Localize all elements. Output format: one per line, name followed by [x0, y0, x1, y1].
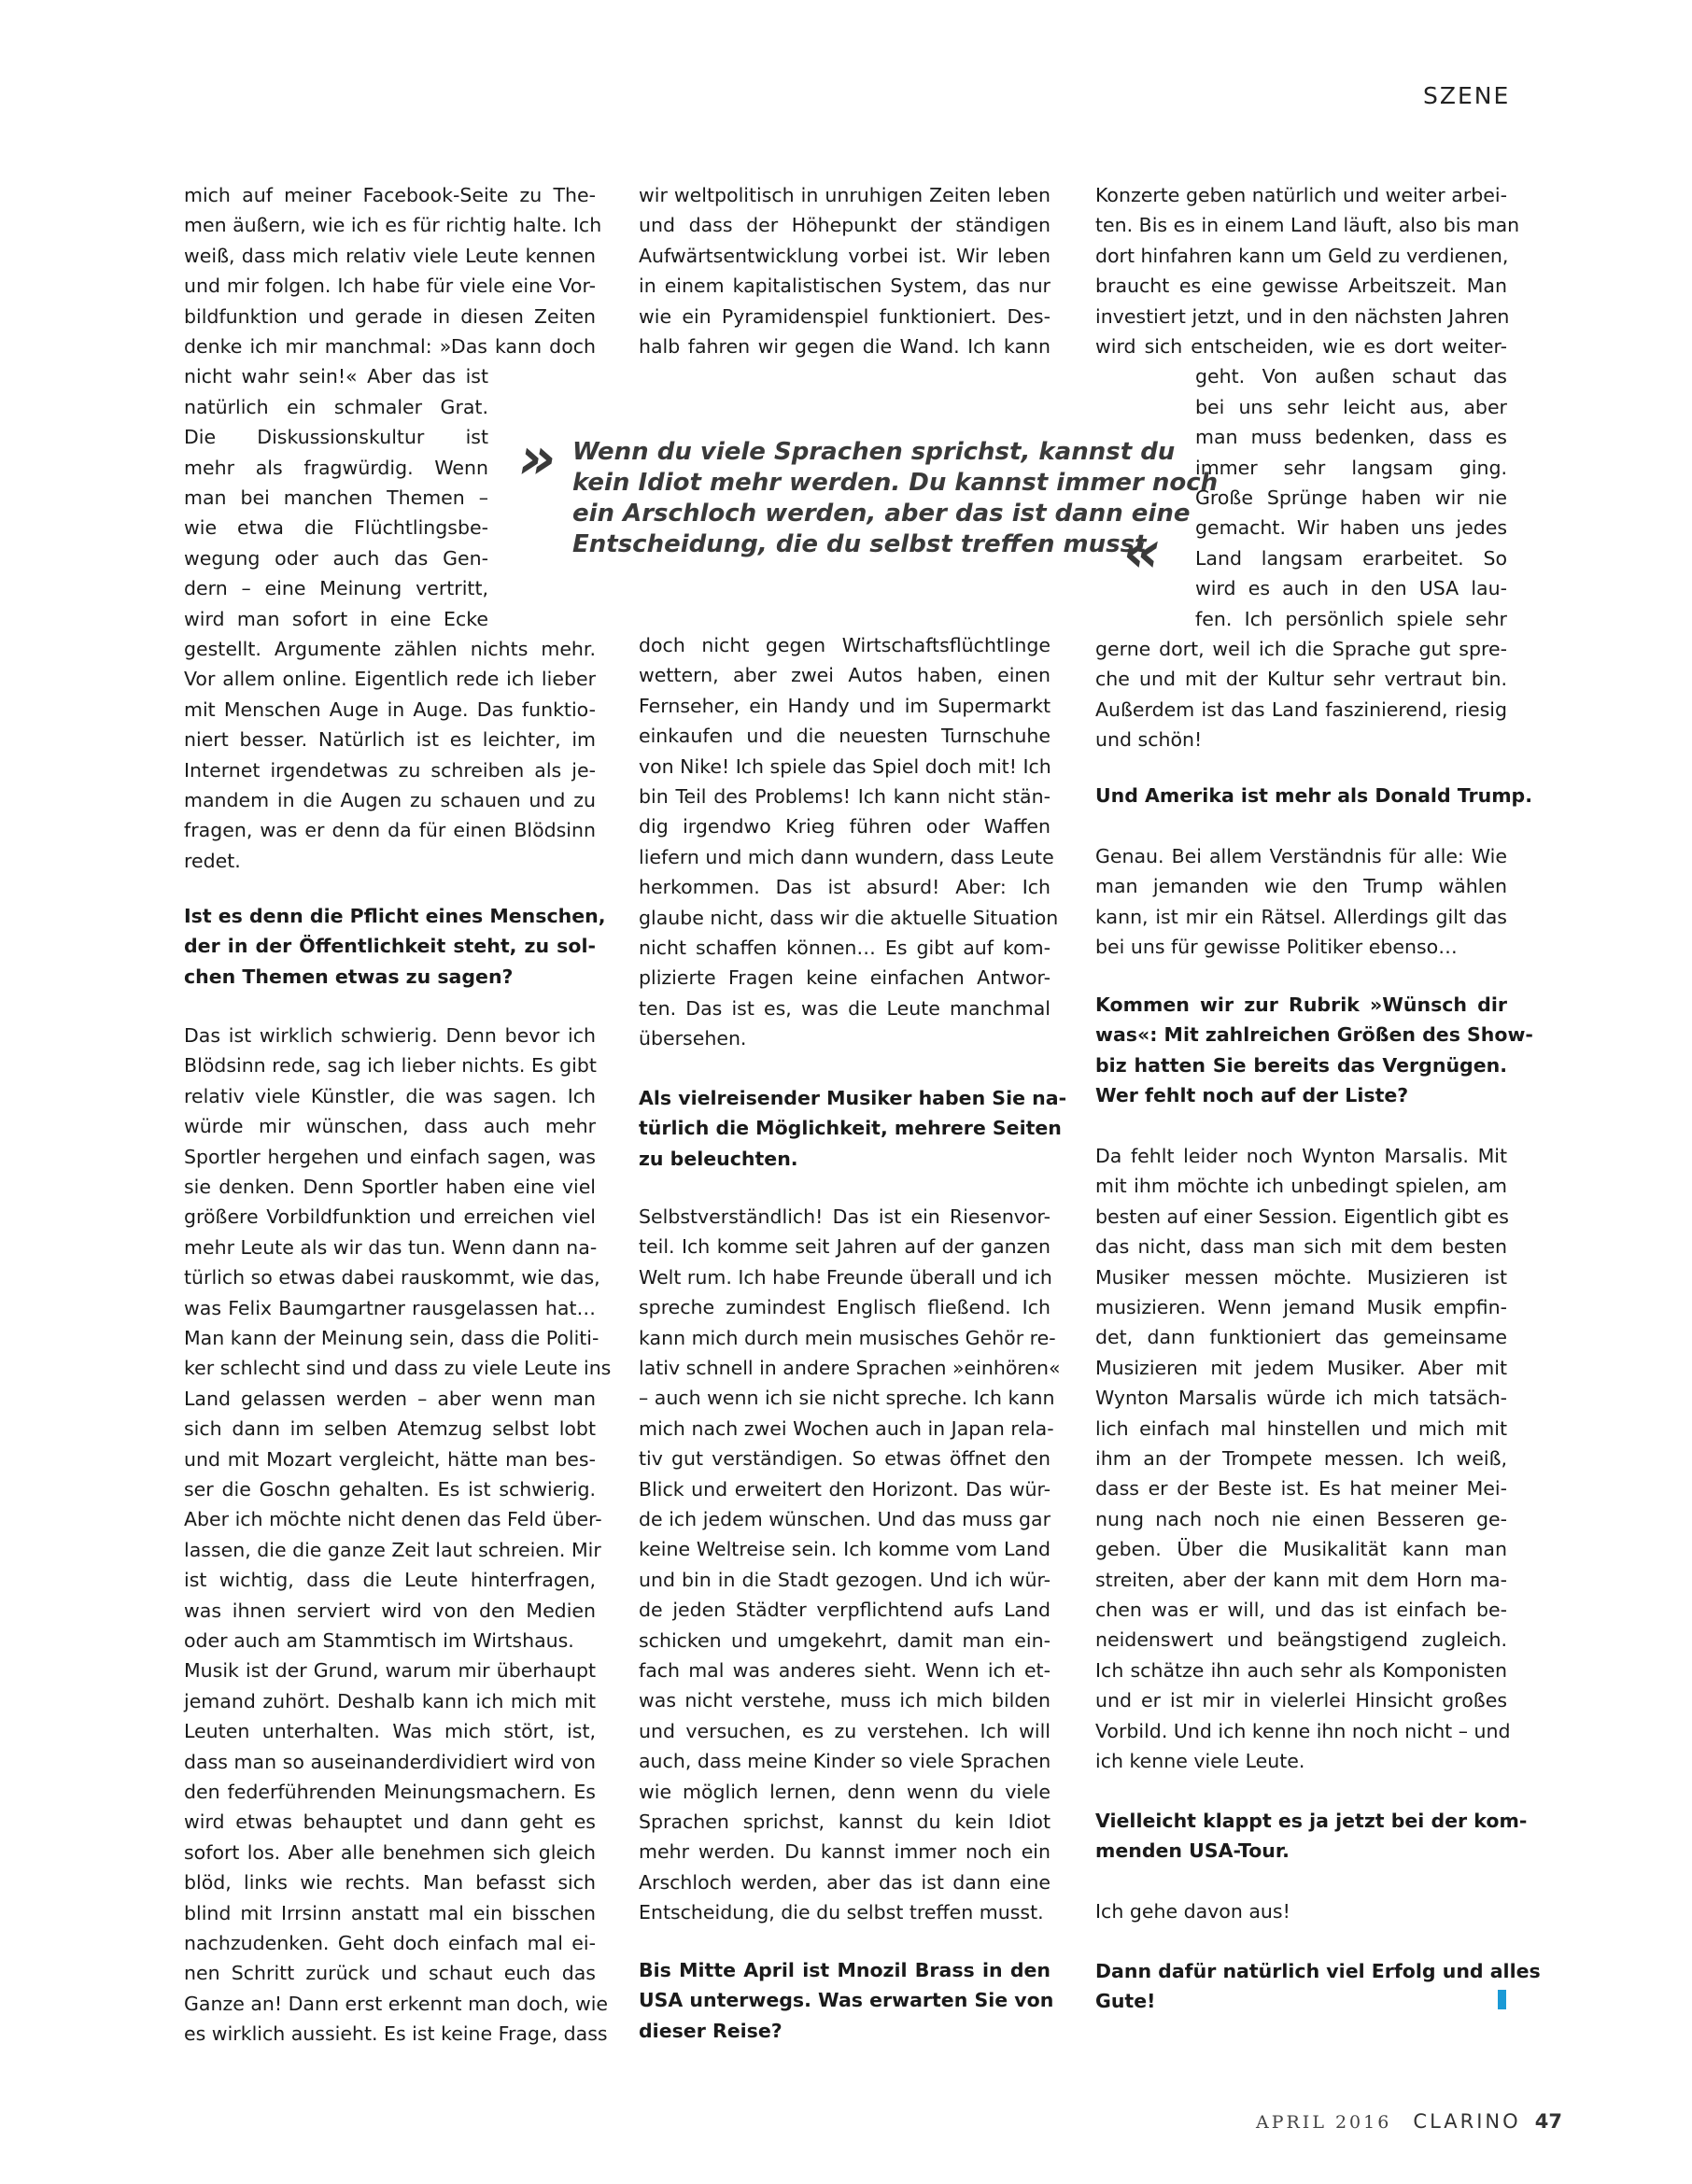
article-text-line: Fernseher, ein Handy und im Supermarkt	[639, 691, 1050, 721]
article-text-line: blind mit Irrsinn anstatt mal ein bissch…	[184, 1898, 596, 1928]
article-text-line: was Felix Baumgartner rausgelassen hat…	[184, 1293, 596, 1323]
article-text-line: dig irgendwo Krieg führen oder Waffen	[639, 811, 1050, 841]
article-text-line: plizierte Fragen keine einfachen Antwor-	[639, 963, 1050, 993]
interview-question-line: Als vielreisender Musiker haben Sie na-	[639, 1083, 1050, 1113]
pull-quote-line: ein Arschloch werden, aber das ist dann …	[572, 499, 1191, 529]
article-text-line: geht. Von außen schaut das	[1195, 361, 1507, 391]
article-text-line: Große Sprünge haben wir nie	[1195, 483, 1507, 513]
article-text-line: mich nach zwei Wochen auch in Japan rela…	[639, 1414, 1050, 1444]
article-text-line: det, dann funktioniert das gemeinsame	[1095, 1322, 1507, 1352]
article-text-line: Konzerte geben natürlich und weiter arbe…	[1095, 180, 1507, 210]
article-text-line: fragen, was er denn da für einen Blödsin…	[184, 815, 596, 845]
interview-question-line: biz hatten Sie bereits das Vergnügen.	[1095, 1050, 1507, 1080]
article-text-line: Man kann der Meinung sein, dass die Poli…	[184, 1323, 596, 1353]
article-text-line: besten auf einer Session. Eigentlich gib…	[1095, 1202, 1507, 1232]
article-text-line: wird etwas behauptet und dann geht es	[184, 1807, 596, 1837]
article-text-line: weiß, dass mich relativ viele Leute kenn…	[184, 241, 596, 271]
article-text-line: Das ist wirklich schwierig. Denn bevor i…	[184, 1021, 596, 1050]
article-text-line: Aber ich möchte nicht denen das Feld übe…	[184, 1504, 596, 1534]
article-text-line: was ihnen serviert wird von den Medien	[184, 1596, 596, 1626]
page-number: 47	[1535, 2110, 1562, 2133]
interview-question-line: der in der Öffentlichkeit steht, zu sol-	[184, 931, 596, 961]
interview-question-line: menden USA-Tour.	[1095, 1836, 1507, 1866]
article-text-line: tiv gut verständigen. So etwas öffnet de…	[639, 1444, 1050, 1473]
article-text-line: doch nicht gegen Wirtschaftsflüchtlinge	[639, 630, 1050, 660]
article-text-line: Welt rum. Ich habe Freunde überall und i…	[639, 1262, 1050, 1292]
article-text-line: halb fahren wir gegen die Wand. Ich kann	[639, 331, 1050, 361]
article-text-line: Entscheidung, die du selbst treffen muss…	[639, 1897, 1050, 1927]
close-quote-icon: «	[1123, 523, 1161, 581]
article-text-line: Land gelassen werden – aber wenn man	[184, 1384, 596, 1414]
article-text-line: den federführenden Meinungsmachern. Es	[184, 1777, 596, 1807]
article-text-line: und versuchen, es zu verstehen. Ich will	[639, 1716, 1050, 1746]
article-text-line: nen Schritt zurück und schaut euch das	[184, 1958, 596, 1988]
page-footer: APRIL 2016 CLARINO 47	[1256, 2110, 1562, 2133]
article-text-line: man bei manchen Themen –	[184, 483, 488, 513]
article-text-line: und mir folgen. Ich habe für viele eine …	[184, 271, 596, 301]
article-text-line: Land langsam erarbeitet. So	[1195, 543, 1507, 573]
article-text-line: Sportler hergehen und einfach sagen, was	[184, 1142, 596, 1172]
article-text-line: und bin in die Stadt gezogen. Und ich wü…	[639, 1565, 1050, 1595]
article-text-line: Die Diskussionskultur ist	[184, 422, 488, 452]
article-text-line: ser die Goschn gehalten. Es ist schwieri…	[184, 1474, 596, 1504]
article-text-line: sich dann im selben Atemzug selbst lobt	[184, 1414, 596, 1444]
article-text-line: de ich jedem wünschen. Und das muss gar	[639, 1504, 1050, 1534]
article-text-line: wir weltpolitisch in unruhigen Zeiten le…	[639, 180, 1050, 210]
article-text-line: sofort los. Aber alle benehmen sich glei…	[184, 1838, 596, 1867]
article-text-line: lativ schnell in andere Sprachen »einhör…	[639, 1353, 1050, 1383]
article-text-line: mehr als fragwürdig. Wenn	[184, 453, 488, 483]
article-text-line: fach mal was anderes sieht. Wenn ich et-	[639, 1656, 1050, 1685]
article-text-line: wird man sofort in eine Ecke	[184, 604, 488, 634]
article-text-line: streiten, aber der kann mit dem Horn ma-	[1095, 1565, 1507, 1595]
interview-question-line: Und Amerika ist mehr als Donald Trump.	[1095, 781, 1507, 810]
article-text-line: blöd, links wie rechts. Man befasst sich	[184, 1867, 596, 1897]
article-text-line: dass er der Beste ist. Es hat meiner Mei…	[1095, 1473, 1507, 1503]
article-text-line: wettern, aber zwei Autos haben, einen	[639, 660, 1050, 690]
article-text-line: spreche zumindest Englisch fließend. Ich	[639, 1292, 1050, 1322]
article-text-line: Musiker messen möchte. Musizieren ist	[1095, 1262, 1507, 1292]
article-text-line: de jeden Städter verpflichtend aufs Land	[639, 1595, 1050, 1625]
article-text-line: teil. Ich komme seit Jahren auf der ganz…	[639, 1232, 1050, 1261]
article-text-line: was nicht verstehe, muss ich mich bilden	[639, 1685, 1050, 1715]
article-text-line: dort hinfahren kann um Geld zu verdienen…	[1095, 241, 1507, 271]
article-text-line: und schön!	[1095, 725, 1507, 754]
interview-question-line: Ist es denn die Pflicht eines Menschen,	[184, 901, 596, 931]
pull-quote-line: Entscheidung, die du selbst treffen muss…	[572, 529, 1155, 560]
interview-question-line: Vielleicht klappt es ja jetzt bei der ko…	[1095, 1806, 1507, 1836]
article-text-line: neidenswert und beängstigend zugleich.	[1095, 1625, 1507, 1655]
article-text-line: dass man so auseinanderdividiert wird vo…	[184, 1747, 596, 1777]
article-text-line: ich kenne viele Leute.	[1095, 1746, 1507, 1776]
article-text-line: gemacht. Wir haben uns jedes	[1195, 513, 1507, 542]
article-text-line: wird es auch in den USA lau-	[1195, 573, 1507, 603]
article-text-line: sie denken. Denn Sportler haben eine vie…	[184, 1172, 596, 1202]
interview-question-line: was«: Mit zahlreichen Größen des Show-	[1095, 1020, 1507, 1050]
magazine-name: CLARINO	[1413, 2110, 1520, 2133]
article-text-line: fen. Ich persönlich spiele sehr	[1195, 604, 1507, 634]
interview-question-line: zu beleuchten.	[639, 1144, 1050, 1174]
interview-question-line: Bis Mitte April ist Mnozil Brass in den	[639, 1955, 1050, 1985]
article-text-line: keine Weltreise sein. Ich komme vom Land	[639, 1534, 1050, 1564]
interview-question-line: chen Themen etwas zu sagen?	[184, 962, 596, 992]
article-text-line: Sprachen sprichst, kannst du kein Idiot	[639, 1807, 1050, 1837]
article-text-line: einkaufen und die neuesten Turnschuhe	[639, 721, 1050, 751]
article-text-line: Blödsinn rede, sag ich lieber nichts. Es…	[184, 1050, 596, 1080]
article-text-line: oder auch am Stammtisch im Wirtshaus.	[184, 1626, 596, 1656]
article-text-line: türlich so etwas dabei rauskommt, wie da…	[184, 1262, 596, 1292]
article-text-line: wie ein Pyramidenspiel funktioniert. Des…	[639, 302, 1050, 331]
interview-question-line: Wer fehlt noch auf der Liste?	[1095, 1080, 1507, 1110]
article-text-line: – auch wenn ich sie nicht spreche. Ich k…	[639, 1383, 1050, 1413]
interview-question-line: Dann dafür natürlich viel Erfolg und all…	[1095, 1956, 1507, 1986]
article-text-line: mit Menschen Auge in Auge. Das funktio-	[184, 695, 596, 725]
article-text-line: wegung oder auch das Gen-	[184, 543, 488, 573]
article-text-line: von Nike! Ich spiele das Spiel doch mit!…	[639, 752, 1050, 782]
article-text-line: lich einfach mal hinstellen und mich mit	[1095, 1414, 1507, 1444]
article-text-line: Wynton Marsalis würde ich mich tatsäch-	[1095, 1383, 1507, 1413]
article-text-line: liefern und mich dann wundern, dass Leut…	[639, 842, 1050, 872]
article-text-line: nicht schaffen können… Es gibt auf kom-	[639, 933, 1050, 963]
article-text-line: mich auf meiner Facebook-Seite zu The-	[184, 180, 596, 210]
article-end-marker	[1498, 1990, 1506, 2009]
article-text-line: und dass der Höhepunkt der ständigen	[639, 210, 1050, 240]
article-text-line: es wirklich aussieht. Es ist keine Frage…	[184, 2019, 596, 2049]
article-text-line: kann, ist mir ein Rätsel. Allerdings gil…	[1095, 902, 1507, 932]
article-text-line: dern – eine Meinung vertritt,	[184, 573, 488, 603]
article-text-line: Da fehlt leider noch Wynton Marsalis. Mi…	[1095, 1141, 1507, 1171]
article-text-line: ker schlecht sind und dass zu viele Leut…	[184, 1353, 596, 1383]
article-text-line: größere Vorbildfunktion und erreichen vi…	[184, 1202, 596, 1232]
article-text-line: auch, dass meine Kinder so viele Sprache…	[639, 1746, 1050, 1776]
article-text-line: natürlich ein schmaler Grat.	[184, 392, 488, 422]
article-text-line: mehr Leute als wir das tun. Wenn dann na…	[184, 1233, 596, 1262]
article-text-line: bei uns für gewisse Politiker ebenso…	[1095, 932, 1507, 962]
article-text-line: ten. Das ist es, was die Leute manchmal	[639, 993, 1050, 1023]
article-text-line: gerne dort, weil ich die Sprache gut spr…	[1095, 634, 1507, 664]
article-text-line: kann mich durch mein musisches Gehör re-	[639, 1323, 1050, 1353]
article-text-line: Musizieren mit jedem Musiker. Aber mit	[1095, 1353, 1507, 1383]
article-text-line: mandem in die Augen zu schauen und zu	[184, 785, 596, 815]
article-text-line: übersehen.	[639, 1023, 1050, 1053]
article-text-line: wie etwa die Flüchtlingsbe-	[184, 513, 488, 542]
article-text-line: relativ viele Künstler, die was sagen. I…	[184, 1081, 596, 1111]
article-text-line: bin Teil des Problems! Ich kann nicht st…	[639, 782, 1050, 811]
article-text-line: ist wichtig, dass die Leute hinterfragen…	[184, 1565, 596, 1595]
article-text-line: Ich gehe davon aus!	[1095, 1896, 1507, 1926]
article-text-line: nachzudenken. Geht doch einfach mal ei-	[184, 1928, 596, 1958]
article-text-line: Aufwärtsentwicklung vorbei ist. Wir lebe…	[639, 241, 1050, 271]
article-text-line: Ganze an! Dann erst erkennt man doch, wi…	[184, 1989, 596, 2019]
article-text-line: und er ist mir in vielerlei Hinsicht gro…	[1095, 1685, 1507, 1715]
article-text-line: Genau. Bei allem Verständnis für alle: W…	[1095, 841, 1507, 871]
article-text-line: che und mit der Kultur sehr vertraut bin…	[1095, 664, 1507, 694]
article-text-line: würde mir wünschen, dass auch mehr	[184, 1111, 596, 1141]
article-text-line: immer sehr langsam ging.	[1195, 453, 1507, 483]
article-text-line: redet.	[184, 846, 596, 876]
article-text-line: und mit Mozart vergleicht, hätte man bes…	[184, 1444, 596, 1474]
article-text-line: Vor allem online. Eigentlich rede ich li…	[184, 664, 596, 694]
article-text-line: glaube nicht, dass wir die aktuelle Situ…	[639, 903, 1050, 933]
section-label: SZENE	[1423, 82, 1510, 109]
article-text-line: geben. Über die Musikalität kann man	[1095, 1534, 1507, 1564]
issue-date: APRIL 2016	[1256, 2112, 1391, 2133]
interview-question-line: dieser Reise?	[639, 2016, 1050, 2046]
article-text-line: mehr werden. Du kannst immer noch ein	[639, 1837, 1050, 1867]
article-text-line: bei uns sehr leicht aus, aber	[1195, 392, 1507, 422]
article-text-line: lassen, die die ganze Zeit laut schreien…	[184, 1535, 596, 1565]
interview-question-line: Kommen wir zur Rubrik »Wünsch dir	[1095, 990, 1507, 1020]
article-text-line: wird sich entscheiden, wie es dort weite…	[1095, 331, 1507, 361]
article-text-line: Selbstverständlich! Das ist ein Riesenvo…	[639, 1202, 1050, 1232]
article-text-line: Musik ist der Grund, warum mir überhaupt	[184, 1656, 596, 1685]
article-text-line: schicken und umgekehrt, damit man ein-	[639, 1626, 1050, 1656]
article-text-line: jemand zuhört. Deshalb kann ich mich mit	[184, 1686, 596, 1716]
article-text-line: bildfunktion und gerade in diesen Zeiten	[184, 302, 596, 331]
article-text-line: man muss bedenken, dass es	[1195, 422, 1507, 452]
article-text-line: wie möglich lernen, denn wenn du viele	[639, 1777, 1050, 1807]
article-text-line: Internet irgendetwas zu schreiben als je…	[184, 755, 596, 785]
article-text-line: in einem kapitalistischen System, das nu…	[639, 271, 1050, 301]
article-text-line: Ich schätze ihn auch sehr als Komponiste…	[1095, 1656, 1507, 1685]
interview-question-line: USA unterwegs. Was erwarten Sie von	[639, 1985, 1050, 2015]
article-text-line: gestellt. Argumente zählen nichts mehr.	[184, 634, 596, 664]
article-text-line: niert besser. Natürlich ist es leichter,…	[184, 725, 596, 754]
article-text-line: das nicht, dass man sich mit dem besten	[1095, 1232, 1507, 1261]
interview-question-line: Gute!	[1095, 1986, 1507, 2016]
pull-quote-line: kein Idiot mehr werden. Du kannst immer …	[572, 468, 1218, 499]
article-text-line: chen was er will, und das ist einfach be…	[1095, 1595, 1507, 1625]
article-text-line: herkommen. Das ist absurd! Aber: Ich	[639, 872, 1050, 902]
pull-quote-line: Wenn du viele Sprachen sprichst, kannst …	[572, 437, 1175, 468]
article-text-line: nicht wahr sein!« Aber das ist	[184, 361, 488, 391]
article-text-line: mit ihm möchte ich unbedingt spielen, am	[1095, 1171, 1507, 1201]
article-text-line: ihm an der Trompete messen. Ich weiß,	[1095, 1444, 1507, 1473]
article-text-line: investiert jetzt, und in den nächsten Ja…	[1095, 302, 1507, 331]
article-text-line: man jemanden wie den Trump wählen	[1095, 871, 1507, 901]
article-text-line: Leuten unterhalten. Was mich stört, ist,	[184, 1716, 596, 1746]
article-text-line: nung nach noch nie einen Besseren ge-	[1095, 1504, 1507, 1534]
article-text-line: ten. Bis es in einem Land läuft, also bi…	[1095, 210, 1507, 240]
article-text-line: musizieren. Wenn jemand Musik empfin-	[1095, 1292, 1507, 1322]
article-text-line: Vorbild. Und ich kenne ihn noch nicht – …	[1095, 1716, 1507, 1746]
article-text-line: denke ich mir manchmal: »Das kann doch	[184, 331, 596, 361]
article-text-line: braucht es eine gewisse Arbeitszeit. Man	[1095, 271, 1507, 301]
article-text-line: Arschloch werden, aber das ist dann eine	[639, 1867, 1050, 1897]
article-text-line: Außerdem ist das Land faszinierend, ries…	[1095, 695, 1507, 725]
interview-question-line: türlich die Möglichkeit, mehrere Seiten	[639, 1113, 1050, 1143]
article-text-line: Blick und erweitert den Horizont. Das wü…	[639, 1474, 1050, 1504]
article-text-line: men äußern, wie ich es für richtig halte…	[184, 210, 596, 240]
open-quote-icon: »	[518, 430, 556, 487]
